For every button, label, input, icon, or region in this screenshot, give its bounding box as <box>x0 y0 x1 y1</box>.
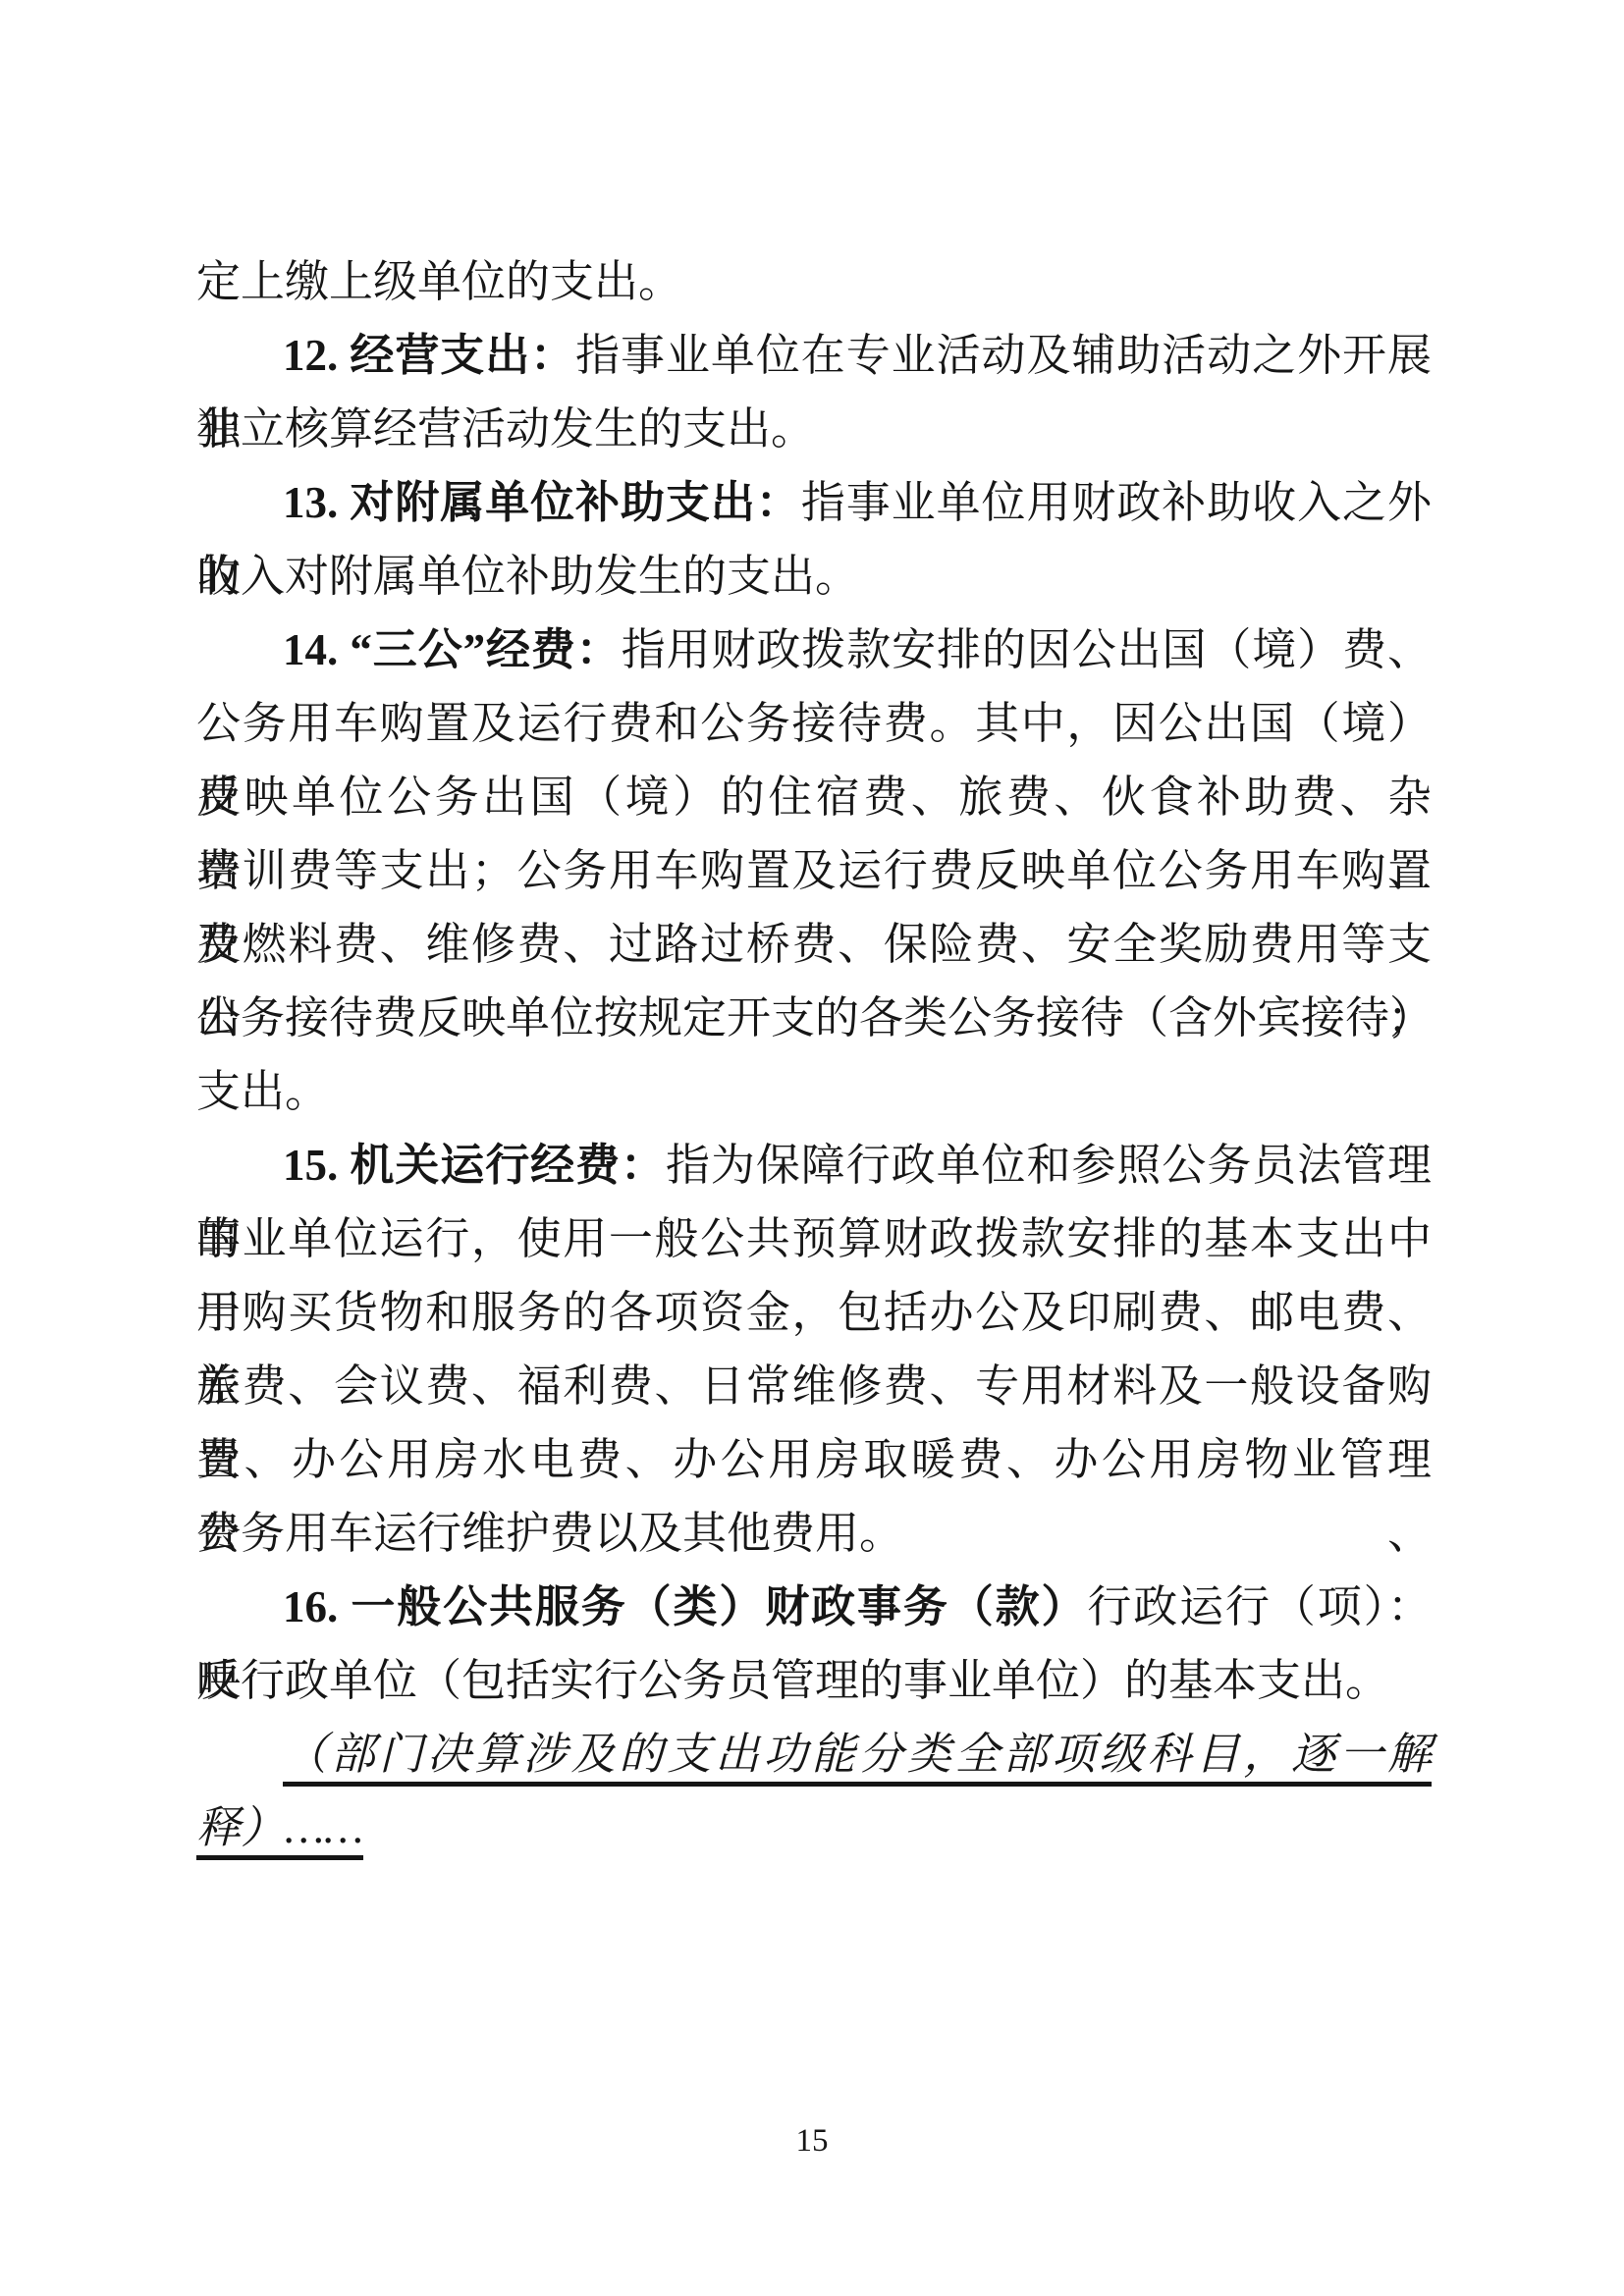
text-segment: 公务用车运行维护费以及其他费用。 <box>196 1509 903 1558</box>
text-line: 事业单位运行，使用一般公共预算财政拨款安排的基本支出中用 <box>196 1202 1432 1276</box>
text-line: （部门决算涉及的支出功能分类全部项级科目，逐一解 <box>196 1718 1432 1791</box>
text-segment: 公务接待费反映单位按规定开支的各类公务接待（含外宾接待） <box>196 993 1434 1042</box>
text-line: 13. 对附属单位补助支出：指事业单位用财政补助收入之外的 <box>196 466 1432 540</box>
text-line: 15. 机关运行经费：指为保障行政单位和参照公务员法管理的 <box>196 1129 1432 1202</box>
heading-segment: 12. 经营支出： <box>283 331 575 380</box>
text-segment: 独立核算经营活动发生的支出。 <box>196 404 815 454</box>
text-segment: 收入对附属单位补助发生的支出。 <box>196 552 859 601</box>
text-line: 及燃料费、维修费、过路过桥费、保险费、安全奖励费用等支出； <box>196 908 1432 982</box>
text-line: 公务接待费反映单位按规定开支的各类公务接待（含外宾接待） <box>196 982 1432 1055</box>
text-line: 费、办公用房水电费、办公用房取暖费、办公用房物业管理费、 <box>196 1423 1432 1497</box>
document-page: 定上缴上级单位的支出。12. 经营支出：指事业单位在专业活动及辅助活动之外开展非… <box>0 0 1624 2296</box>
text-line: 定上缴上级单位的支出。 <box>196 245 1432 319</box>
text-segment: 支出。 <box>196 1067 329 1116</box>
text-segment: 定上缴上级单位的支出。 <box>196 257 682 306</box>
body-text-block: 定上缴上级单位的支出。12. 经营支出：指事业单位在专业活动及辅助活动之外开展非… <box>196 245 1432 1865</box>
text-line: 支出。 <box>196 1055 1432 1129</box>
text-line: 反映单位公务出国（境）的住宿费、旅费、伙食补助费、杂费、 <box>196 761 1432 834</box>
heading-segment: 13. 对附属单位补助支出： <box>283 478 801 527</box>
text-segment: 指用财政拨款安排的因公出国（境）费、 <box>622 625 1432 674</box>
text-line: 独立核算经营活动发生的支出。 <box>196 393 1432 466</box>
text-segment: 映行政单位（包括实行公务员管理的事业单位）的基本支出。 <box>196 1656 1389 1705</box>
note-segment: （部门决算涉及的支出功能分类全部项级科目，逐一解 <box>283 1730 1432 1779</box>
text-line: 映行政单位（包括实行公务员管理的事业单位）的基本支出。 <box>196 1644 1432 1718</box>
text-line: 14. “三公”经费：指用财政拨款安排的因公出国（境）费、 <box>196 614 1432 687</box>
text-line: 16. 一般公共服务（类）财政事务（款）行政运行（项）：反 <box>196 1571 1432 1644</box>
heading-segment: 14. “三公”经费： <box>283 625 622 674</box>
heading-segment: 15. 机关运行经费： <box>283 1141 666 1190</box>
text-line: 于购买货物和服务的各项资金，包括办公及印刷费、邮电费、差 <box>196 1276 1432 1350</box>
page-number: 15 <box>0 2123 1624 2160</box>
text-line: 释）…… <box>196 1791 1432 1865</box>
text-line: 旅费、会议费、福利费、日常维修费、专用材料及一般设备购置 <box>196 1350 1432 1423</box>
text-line: 收入对附属单位补助发生的支出。 <box>196 540 1432 614</box>
note-segment: 释）…… <box>196 1803 363 1852</box>
text-line: 培训费等支出；公务用车购置及运行费反映单位公务用车购置费 <box>196 834 1432 908</box>
text-line: 公务用车购置及运行费和公务接待费。其中，因公出国（境）费 <box>196 687 1432 761</box>
heading-segment: 16. 一般公共服务（类）财政事务（款） <box>283 1582 1087 1631</box>
text-line: 12. 经营支出：指事业单位在专业活动及辅助活动之外开展非 <box>196 319 1432 393</box>
